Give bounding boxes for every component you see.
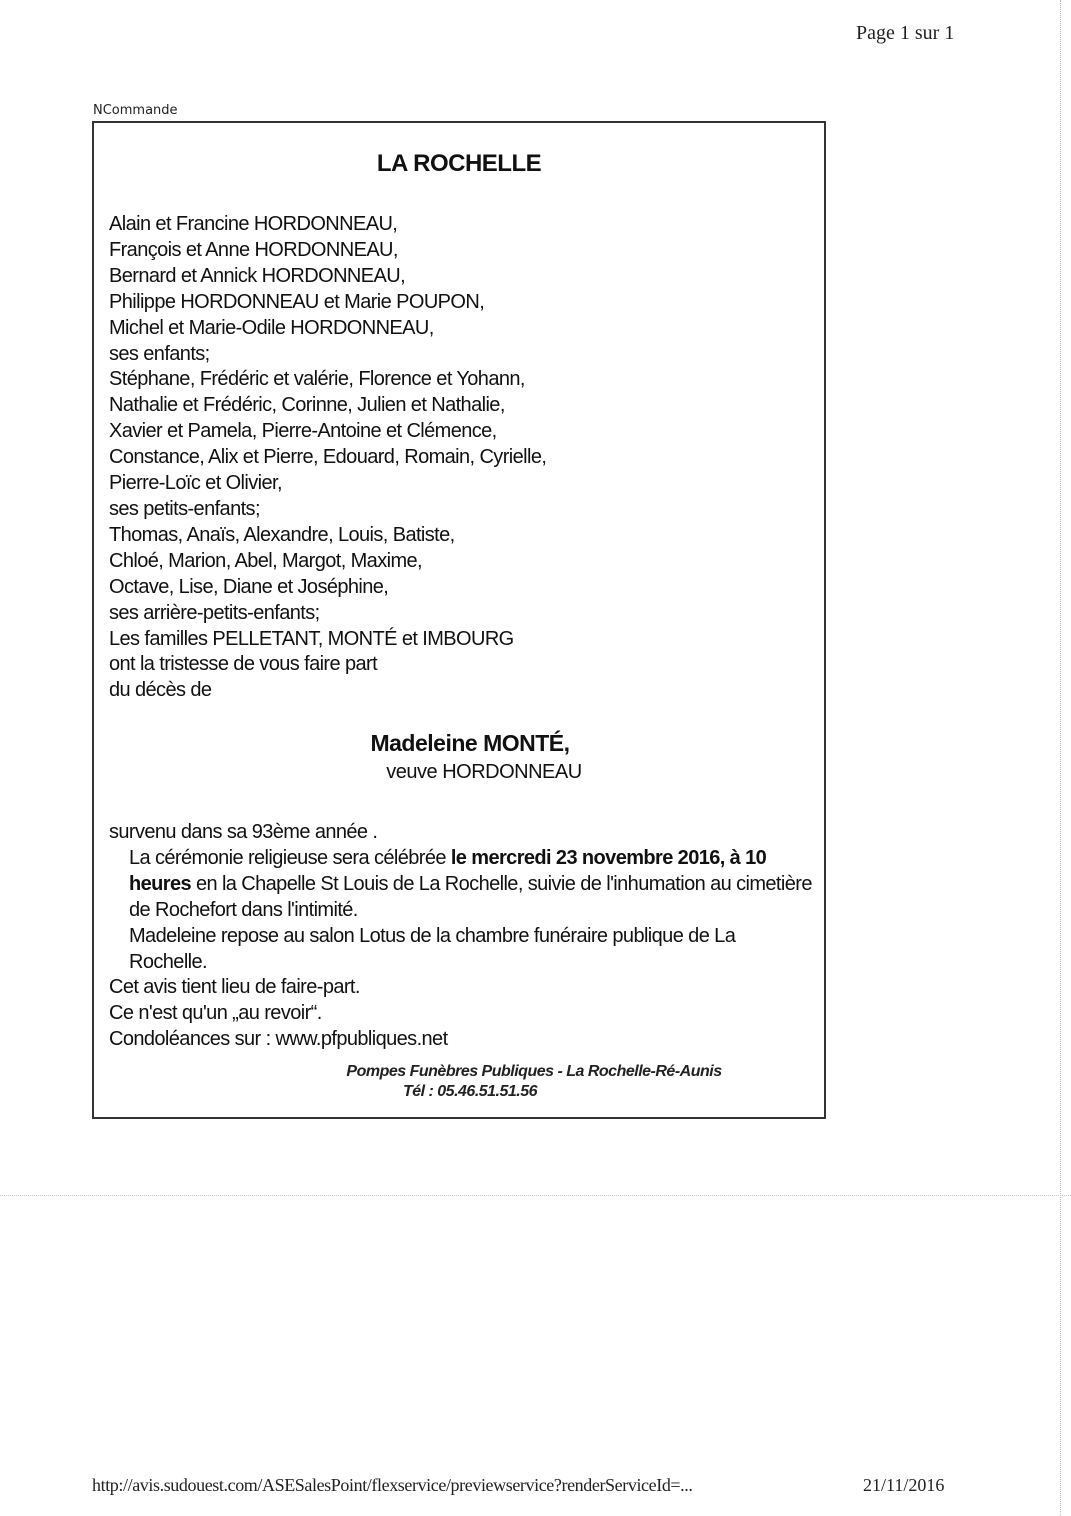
family-line: Bernard et Annick HORDONNEAU,: [109, 264, 546, 290]
notice-body: survenu dans sa 93ème année . La cérémon…: [109, 820, 815, 1053]
family-line: Nathalie et Frédéric, Corinne, Julien et…: [109, 393, 546, 419]
page-break-divider: [0, 1195, 1071, 1196]
condolences-line: Condoléances sur : www.pfpubliques.net: [109, 1027, 815, 1053]
family-line: Stéphane, Frédéric et valérie, Florence …: [109, 367, 546, 393]
ceremony-prefix: La cérémonie religieuse sera célébrée: [129, 847, 451, 869]
family-line: François et Anne HORDONNEAU,: [109, 238, 546, 264]
closing-line: Ce n'est qu'un „au revoir“.: [109, 1001, 815, 1027]
notice-title: LA ROCHELLE: [92, 150, 826, 178]
order-label: NCommande: [93, 103, 178, 118]
family-line: Alain et Francine HORDONNEAU,: [109, 212, 546, 238]
family-line: Xavier et Pamela, Pierre-Antoine et Clém…: [109, 419, 546, 445]
family-line: Chloé, Marion, Abel, Margot, Maxime,: [109, 549, 546, 575]
ceremony-paragraph: La cérémonie religieuse sera célébrée le…: [109, 846, 815, 924]
family-line: ses petits-enfants;: [109, 497, 546, 523]
closing-line: Cet avis tient lieu de faire-part.: [109, 975, 815, 1001]
family-line: Thomas, Anaïs, Alexandre, Louis, Batiste…: [109, 523, 546, 549]
family-line: ses arrière-petits-enfants;: [109, 601, 546, 627]
deceased-subtitle: veuve HORDONNEAU: [142, 761, 826, 784]
funeral-home-name: Pompes Funèbres Publiques - La Rochelle-…: [242, 1062, 826, 1082]
family-line: Constance, Alix et Pierre, Edouard, Roma…: [109, 445, 546, 471]
deceased-block: Madeleine MONTÉ, veuve HORDONNEAU: [92, 730, 826, 784]
age-line: survenu dans sa 93ème année .: [109, 820, 815, 846]
deceased-name: Madeleine MONTÉ,: [114, 730, 826, 757]
funeral-home-phone: Tél : 05.46.51.51.56: [114, 1082, 826, 1102]
family-line: Pierre-Loïc et Olivier,: [109, 471, 546, 497]
funeral-home-credit: Pompes Funèbres Publiques - La Rochelle-…: [92, 1062, 826, 1102]
family-line: Philippe HORDONNEAU et Marie POUPON,: [109, 290, 546, 316]
print-date: 21/11/2016: [863, 1475, 944, 1496]
family-line: ses enfants;: [109, 342, 546, 368]
rest-paragraph: Madeleine repose au salon Lotus de la ch…: [109, 924, 815, 976]
source-url: http://avis.sudouest.com/ASESalesPoint/f…: [92, 1475, 692, 1496]
family-list: Alain et Francine HORDONNEAU,François et…: [109, 212, 546, 704]
family-line: ont la tristesse de vous faire part: [109, 652, 546, 678]
ceremony-suffix: en la Chapelle St Louis de La Rochelle, …: [129, 873, 812, 921]
family-line: du décès de: [109, 678, 546, 704]
family-line: Octave, Lise, Diane et Joséphine,: [109, 575, 546, 601]
family-line: Les familles PELLETANT, MONTÉ et IMBOURG: [109, 627, 546, 653]
page-count: Page 1 sur 1: [856, 22, 954, 45]
family-line: Michel et Marie-Odile HORDONNEAU,: [109, 316, 546, 342]
page-edge-divider: [1060, 0, 1061, 1516]
